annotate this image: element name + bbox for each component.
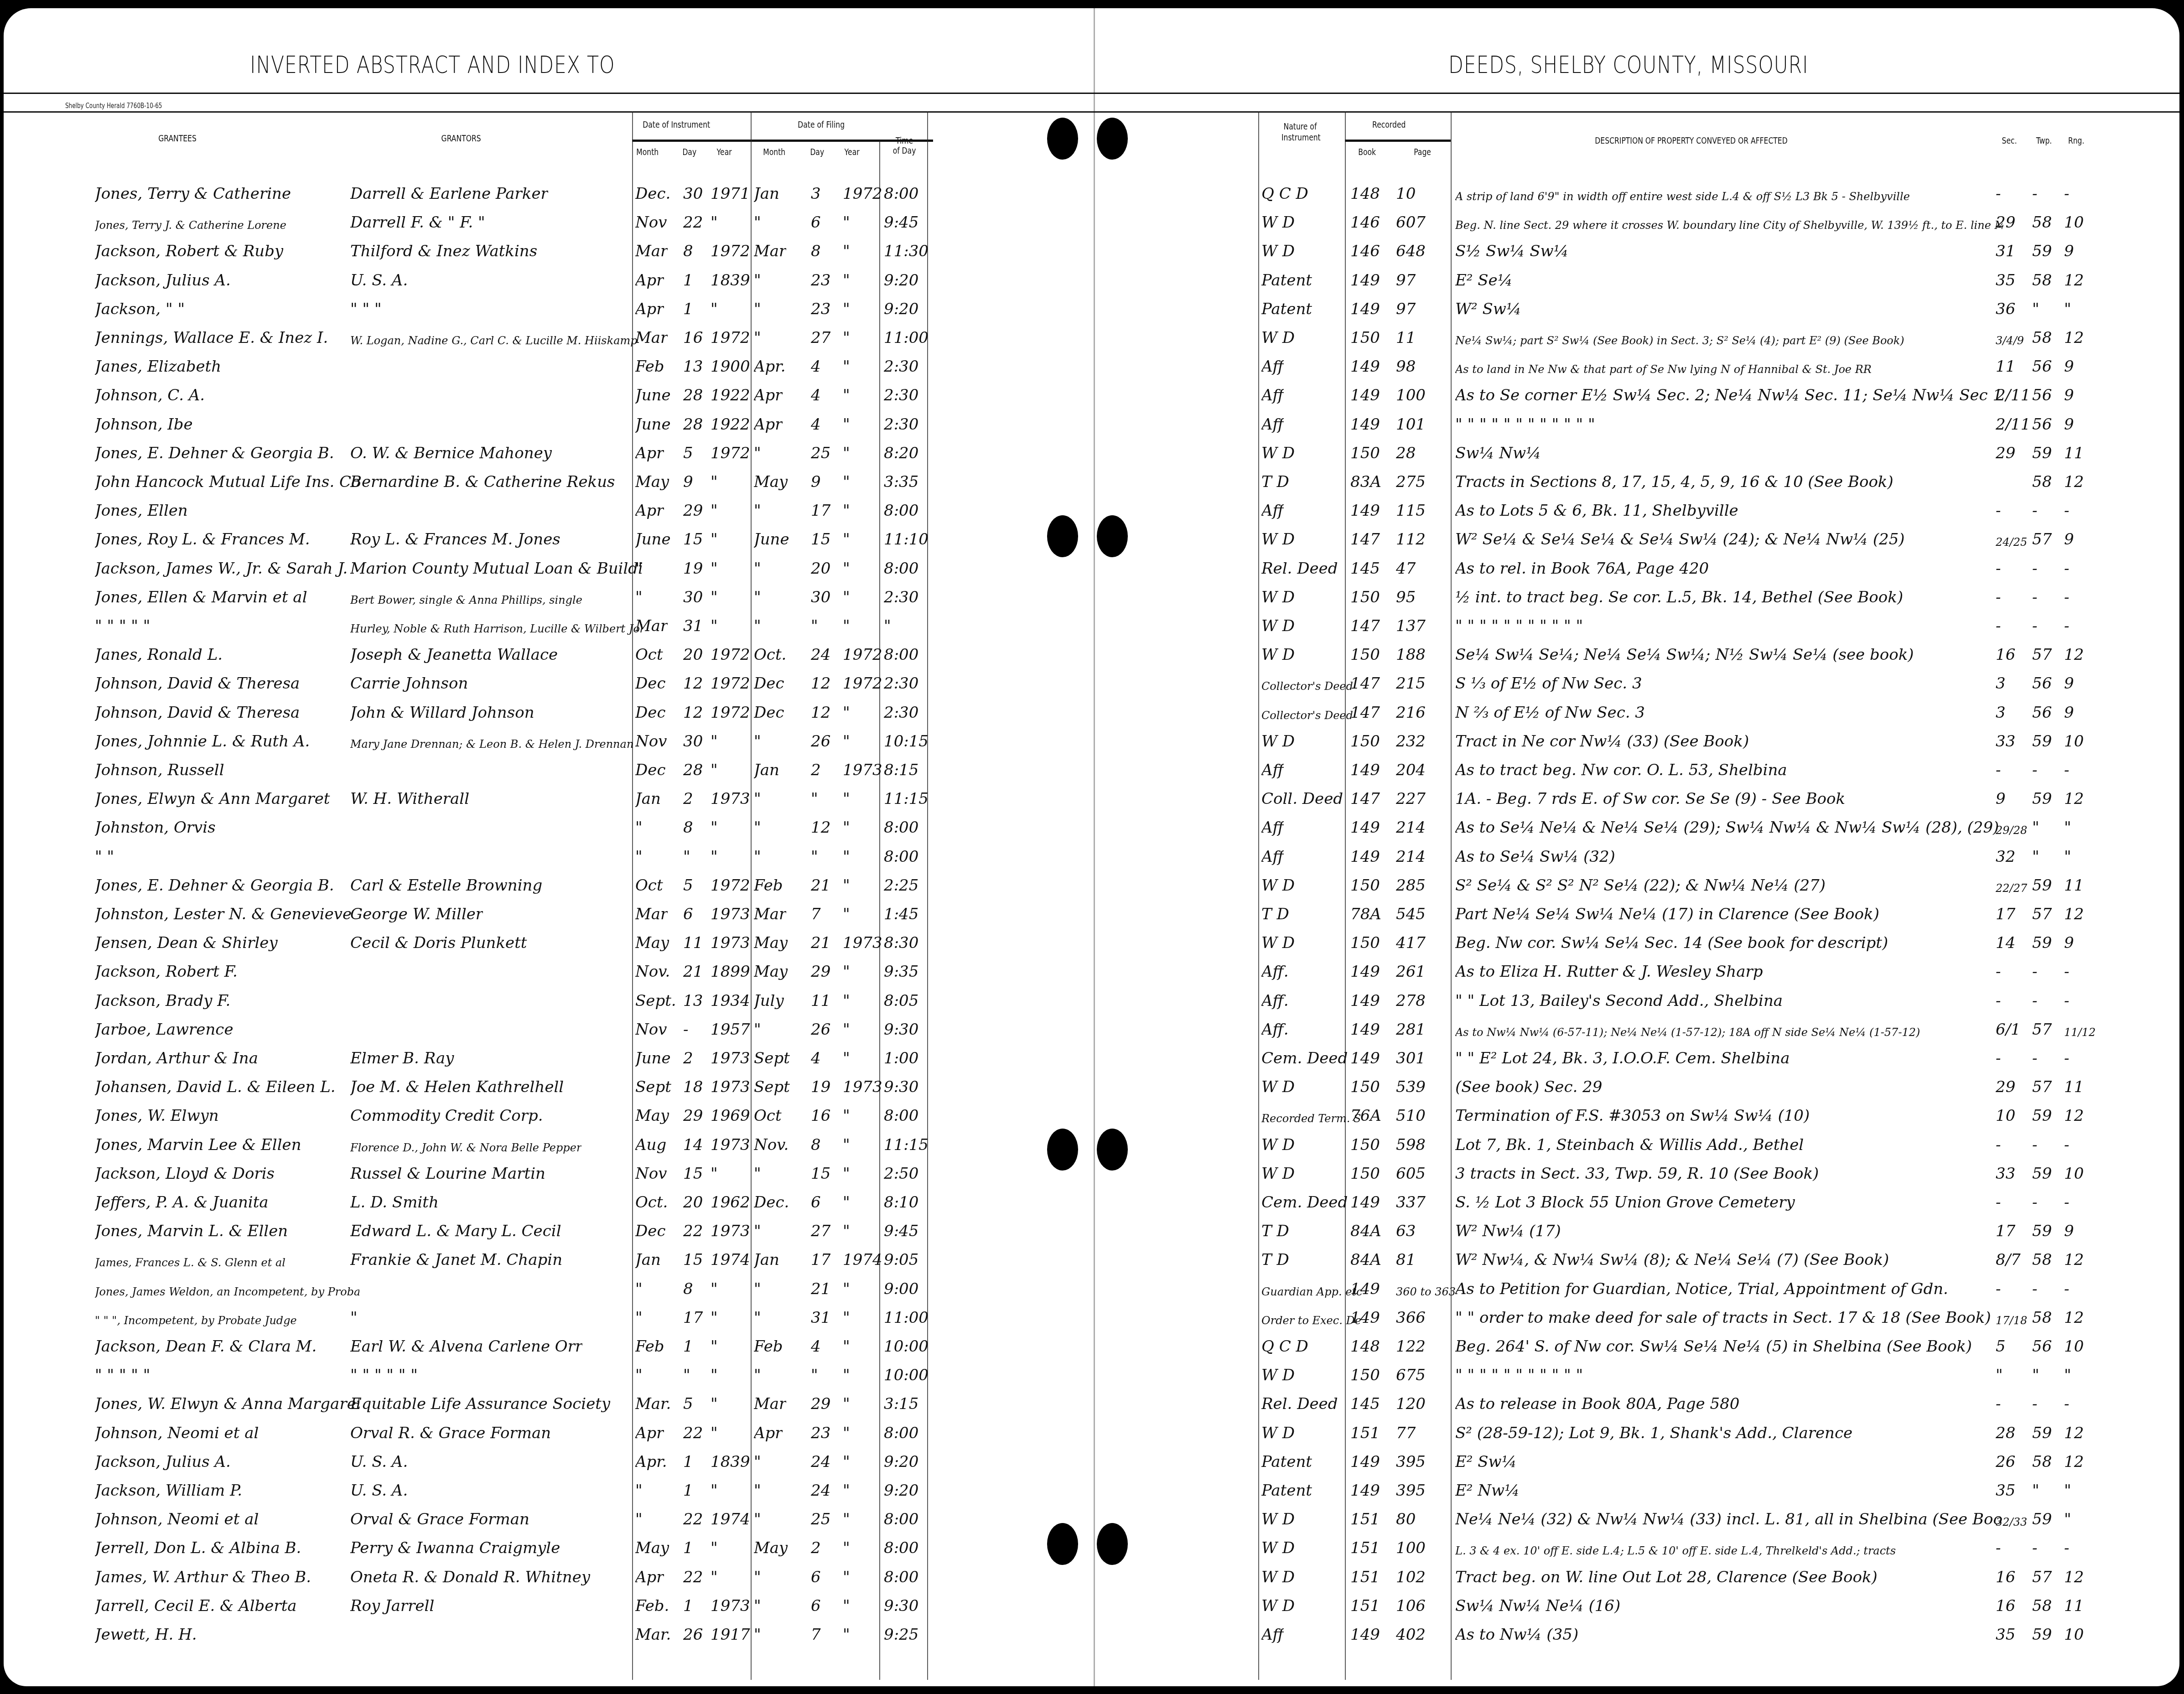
- inst-month-cell: ": [635, 819, 643, 837]
- rng-cell: 10: [2064, 1165, 2084, 1183]
- nature-cell: W D: [1261, 934, 1295, 952]
- twp-cell: 59: [2032, 242, 2052, 260]
- inst-day-cell: 13: [683, 992, 703, 1010]
- inst-month-cell: Mar: [635, 617, 668, 635]
- twp-cell: 57: [2032, 905, 2052, 923]
- inst-month-cell: Jan: [635, 790, 661, 808]
- inst-year-cell: ": [711, 1366, 718, 1384]
- inst-day-cell: 5: [683, 1395, 693, 1413]
- rng-cell: 9: [2064, 357, 2074, 376]
- inst-month-cell: Oct.: [635, 1193, 668, 1212]
- file-month-cell: ": [754, 1597, 761, 1615]
- inst-year-cell: 1973: [711, 1049, 750, 1067]
- inst-month-cell: Apr: [635, 1568, 664, 1586]
- inst-year-cell: ": [711, 588, 718, 606]
- twp-cell: -: [2032, 1136, 2038, 1154]
- file-year-cell: ": [843, 300, 850, 318]
- grantor-cell: O. W. & Bernice Mahoney: [350, 444, 552, 462]
- sec-cell: 33: [1996, 1165, 2015, 1183]
- inst-month-cell: Nov: [635, 213, 667, 232]
- inst-year-cell: ": [711, 473, 718, 491]
- sec-cell: 24/25: [1996, 536, 2027, 549]
- page-cell: 204: [1396, 761, 1426, 779]
- rng-cell: 11: [2064, 1597, 2084, 1615]
- file-month-cell: June: [754, 530, 789, 549]
- grantee-cell: Jackson, James W., Jr. & Sarah J.: [95, 559, 348, 578]
- inst-day-cell: 12: [683, 674, 703, 693]
- nature-cell: Collector's Deed: [1261, 680, 1353, 693]
- page-cell: 545: [1396, 905, 1426, 923]
- table-row: W D1506053 tracts in Sect. 33, Twp. 59, …: [1095, 1159, 2179, 1186]
- file-year-cell: ": [843, 530, 850, 549]
- inst-year-cell: 1972: [711, 704, 750, 722]
- page-cell: 607: [1396, 213, 1426, 232]
- description-cell: Beg. 264' S. of Nw cor. Sw¼ Se¼ Ne¼ (5) …: [1455, 1337, 1972, 1356]
- twp-cell: 58: [2032, 1251, 2052, 1269]
- inst-year-cell: 1957: [711, 1021, 750, 1039]
- file-year-cell: ": [843, 329, 850, 347]
- file-day-cell: 6: [811, 1193, 821, 1212]
- file-day-cell: 16: [811, 1107, 830, 1125]
- col-header-file-day: Day: [810, 147, 824, 157]
- book-cell: 149: [1350, 1482, 1380, 1500]
- inst-month-cell: June: [635, 530, 671, 549]
- table-row: Janes, Ronald L.Joseph & Jeanetta Wallac…: [4, 640, 1095, 667]
- nature-cell: W D: [1261, 1568, 1295, 1586]
- table-row: Aff149101" " " " " " " " " " " "2/11569: [1095, 410, 2179, 436]
- file-month-cell: ": [754, 1021, 761, 1039]
- file-month-cell: May: [754, 1539, 788, 1557]
- table-row: Patent149395E² Sw¼265812: [1095, 1447, 2179, 1474]
- twp-cell: 56: [2032, 386, 2052, 404]
- time-cell: 9:30: [884, 1597, 918, 1615]
- grantee-cell: Johnson, Ibe: [95, 415, 193, 434]
- description-cell: Se¼ Sw¼ Se¼; Ne¼ Se¼ Sw¼; N½ Sw¼ Se¼ (se…: [1455, 646, 1914, 664]
- rng-cell: 10: [2064, 732, 2084, 751]
- description-cell: Lot 7, Bk. 1, Steinbach & Willis Add., B…: [1455, 1136, 1804, 1154]
- rng-cell: ": [2064, 1510, 2071, 1528]
- file-year-cell: ": [843, 1597, 850, 1615]
- inst-day-cell: 22: [683, 1568, 703, 1586]
- left-page-title: INVERTED ABSTRACT AND INDEX TO: [250, 52, 615, 79]
- description-cell: Beg. Nw cor. Sw¼ Se¼ Sec. 14 (See book f…: [1455, 934, 1888, 952]
- rng-cell: -: [2064, 761, 2070, 779]
- file-month-cell: ": [754, 1165, 761, 1183]
- time-cell: 9:20: [884, 1453, 918, 1471]
- page-cell: 232: [1396, 732, 1426, 751]
- inst-day-cell: 2: [683, 790, 693, 808]
- book-cell: 149: [1350, 300, 1380, 318]
- grantee-cell: Johnson, C. A.: [95, 386, 205, 404]
- description-cell: As to Lots 5 & 6, Bk. 11, Shelbyville: [1455, 502, 1738, 520]
- nature-cell: W D: [1261, 1078, 1295, 1096]
- table-row: Johnson, David & TheresaCarrie JohnsonDe…: [4, 669, 1095, 695]
- sec-cell: -: [1996, 617, 2001, 635]
- description-cell: E² Sw¼: [1455, 1453, 1517, 1471]
- grantee-cell: Jackson, " ": [95, 300, 185, 318]
- sec-cell: -: [1996, 963, 2001, 981]
- inst-year-cell: ": [711, 213, 718, 232]
- rng-cell: 10: [2064, 1626, 2084, 1644]
- binder-hole: [1047, 1129, 1078, 1171]
- grantee-cell: Jackson, Lloyd & Doris: [95, 1165, 275, 1183]
- file-month-cell: May: [754, 473, 788, 491]
- description-cell: W² Nw¼, & Nw¼ Sw¼ (8); & Ne¼ Se¼ (7) (Se…: [1455, 1251, 1889, 1269]
- nature-cell: Cem. Deed: [1261, 1049, 1348, 1067]
- binder-hole: [1097, 1523, 1128, 1565]
- book-cell: 78A: [1350, 905, 1381, 923]
- description-cell: Part Ne¼ Se¼ Sw¼ Ne¼ (17) in Clarence (S…: [1455, 905, 1879, 923]
- rng-cell: -: [2064, 1136, 2070, 1154]
- file-year-cell: ": [843, 905, 850, 923]
- book-cell: 151: [1350, 1568, 1380, 1586]
- table-row: Jones, Roy L. & Frances M.Roy L. & Franc…: [4, 525, 1095, 551]
- inst-day-cell: 8: [683, 819, 693, 837]
- table-row: Aff.149278" " Lot 13, Bailey's Second Ad…: [1095, 986, 2179, 1013]
- page-cell: 122: [1396, 1337, 1426, 1356]
- nature-cell: W D: [1261, 444, 1295, 462]
- inst-day-cell: 30: [683, 588, 703, 606]
- inst-day-cell: 6: [683, 905, 693, 923]
- table-row: " " " " "" " " " " """""""10:00: [4, 1361, 1095, 1387]
- nature-cell: W D: [1261, 213, 1295, 232]
- rng-cell: -: [2064, 1395, 2070, 1413]
- file-year-cell: ": [843, 473, 850, 491]
- file-month-cell: May: [754, 934, 788, 952]
- nature-cell: Cem. Deed: [1261, 1193, 1348, 1212]
- file-month-cell: Dec.: [754, 1193, 789, 1212]
- nature-cell: W D: [1261, 1539, 1295, 1557]
- grantee-cell: Jones, James Weldon, an Incompetent, by …: [95, 1285, 359, 1298]
- book-cell: 84A: [1350, 1222, 1381, 1240]
- file-month-cell: Oct: [754, 1107, 782, 1125]
- inst-month-cell: Oct: [635, 646, 663, 664]
- rng-cell: ": [2064, 300, 2071, 318]
- table-row: Jarboe, LawrenceNov-1957"26"9:30: [4, 1015, 1095, 1041]
- grantor-cell: ": [350, 1309, 358, 1327]
- twp-cell: 58: [2032, 329, 2052, 347]
- table-row: Patent14997W² Sw¼36"": [1095, 295, 2179, 321]
- page-cell: 98: [1396, 357, 1416, 376]
- inst-month-cell: ": [635, 848, 643, 866]
- file-month-cell: ": [754, 1309, 761, 1327]
- inst-year-cell: 1972: [711, 242, 750, 260]
- col-header-recorded: Recorded: [1372, 120, 1406, 130]
- inst-month-cell: Mar.: [635, 1395, 671, 1413]
- book-cell: 151: [1350, 1597, 1380, 1615]
- grantee-cell: Johnston, Orvis: [95, 819, 216, 837]
- description-cell: S² (28-59-12); Lot 9, Bk. 1, Shank's Add…: [1455, 1424, 1852, 1442]
- file-year-cell: ": [843, 704, 850, 722]
- page-cell: 214: [1396, 848, 1426, 866]
- rng-cell: 11: [2064, 1078, 2084, 1096]
- grantor-cell: L. D. Smith: [350, 1193, 439, 1212]
- sec-cell: 14: [1996, 934, 2015, 952]
- time-cell: 8:00: [884, 1424, 918, 1442]
- file-month-cell: Dec: [754, 704, 784, 722]
- sec-cell: 35: [1996, 1626, 2015, 1644]
- file-day-cell: 21: [811, 876, 830, 895]
- sec-cell: 17: [1996, 1222, 2015, 1240]
- nature-cell: Patent: [1261, 300, 1312, 318]
- book-cell: 150: [1350, 1136, 1380, 1154]
- rng-cell: ": [2064, 1482, 2071, 1500]
- sec-cell: 9: [1996, 790, 2006, 808]
- file-month-cell: ": [754, 1482, 761, 1500]
- page-cell: 63: [1396, 1222, 1416, 1240]
- grantor-cell: Florence D., John W. & Nora Belle Pepper: [350, 1141, 581, 1154]
- nature-cell: Aff: [1261, 1626, 1284, 1644]
- file-month-cell: ": [754, 1453, 761, 1471]
- book-cell: 146: [1350, 242, 1380, 260]
- nature-cell: T D: [1261, 1251, 1289, 1269]
- grantee-cell: Jones, Elwyn & Ann Margaret: [95, 790, 330, 808]
- nature-cell: Aff.: [1261, 1021, 1288, 1039]
- nature-cell: W D: [1261, 617, 1295, 635]
- inst-month-cell: Oct: [635, 876, 663, 895]
- twp-cell: 58: [2032, 213, 2052, 232]
- description-cell: S½ Sw¼ Sw¼: [1455, 242, 1569, 260]
- file-year-cell: ": [843, 502, 850, 520]
- grantor-cell: John & Willard Johnson: [350, 704, 534, 722]
- page-cell: 120: [1396, 1395, 1426, 1413]
- file-year-cell: ": [843, 1165, 850, 1183]
- table-row: Jarrell, Cecil E. & AlbertaRoy JarrellFe…: [4, 1591, 1095, 1618]
- table-row: W D150675" " " " " " " " " " """": [1095, 1361, 2179, 1387]
- time-cell: 8:00: [884, 1510, 918, 1528]
- file-day-cell: 9: [811, 473, 821, 491]
- col-header-twp: Twp.: [2036, 136, 2052, 146]
- nature-cell: W D: [1261, 1165, 1295, 1183]
- col-header-inst-year: Year: [717, 147, 732, 157]
- inst-day-cell: 8: [683, 242, 693, 260]
- time-cell: 9:05: [884, 1251, 918, 1269]
- rng-cell: 11: [2064, 876, 2084, 895]
- rng-cell: 9: [2064, 242, 2074, 260]
- inst-day-cell: 30: [683, 185, 703, 203]
- file-day-cell: 4: [811, 1049, 821, 1067]
- grantee-cell: Jones, Marvin L. & Ellen: [95, 1222, 288, 1240]
- grantee-cell: Jeffers, P. A. & Juanita: [95, 1193, 269, 1212]
- nature-cell: Patent: [1261, 271, 1312, 290]
- twp-cell: -: [2032, 502, 2038, 520]
- time-cell: 8:00: [884, 185, 918, 203]
- nature-cell: Coll. Deed: [1261, 790, 1343, 808]
- sec-cell: 3: [1996, 674, 2006, 693]
- twp-cell: -: [2032, 761, 2038, 779]
- twp-cell: -: [2032, 992, 2038, 1010]
- sec-cell: 17: [1996, 905, 2015, 923]
- grantee-cell: Johnson, Neomi et al: [95, 1510, 259, 1528]
- inst-year-cell: 1972: [711, 876, 750, 895]
- sec-cell: 16: [1996, 1568, 2015, 1586]
- rng-cell: 12: [2064, 790, 2084, 808]
- description-cell: Tract in Ne cor Nw¼ (33) (See Book): [1455, 732, 1749, 751]
- file-year-cell: ": [843, 1136, 850, 1154]
- nature-cell: Collector's Deed: [1261, 709, 1353, 722]
- grantee-cell: " " " " ": [95, 1366, 150, 1384]
- header-subrule: [632, 140, 933, 142]
- table-row: Guardian App. etc149360 to 363As to Peti…: [1095, 1274, 2179, 1301]
- twp-cell: 59: [2032, 790, 2052, 808]
- book-cell: 149: [1350, 1021, 1380, 1039]
- inst-month-cell: ": [635, 559, 643, 578]
- time-cell: 9:35: [884, 963, 918, 981]
- file-day-cell: 24: [811, 1453, 830, 1471]
- inst-year-cell: 1839: [711, 1453, 750, 1471]
- page-cell: 402: [1396, 1626, 1426, 1644]
- file-year-cell: 1972: [843, 185, 882, 203]
- file-month-cell: Jan: [754, 761, 779, 779]
- rng-cell: 12: [2064, 473, 2084, 491]
- file-day-cell: 24: [811, 1482, 830, 1500]
- inst-year-cell: ": [711, 502, 718, 520]
- table-row: Collector's Deed147215S ⅓ of E½ of Nw Se…: [1095, 669, 2179, 695]
- book-cell: 149: [1350, 1453, 1380, 1471]
- description-cell: As to Se corner E½ Sw¼ Sec. 2; Ne¼ Nw¼ S…: [1455, 386, 2002, 404]
- file-day-cell: 4: [811, 386, 821, 404]
- col-header-file-month: Month: [763, 147, 785, 157]
- description-cell: W² Sw¼: [1455, 300, 1521, 318]
- table-row: Jones, Johnnie L. & Ruth A.Mary Jane Dre…: [4, 727, 1095, 753]
- file-year-cell: 1973: [843, 761, 882, 779]
- table-row: Jackson, Julius A.U. S. A.Apr.11839"24"9…: [4, 1447, 1095, 1474]
- table-row: Order to Exec. Deed149366" " order to ma…: [1095, 1303, 2179, 1330]
- twp-cell: -: [2032, 963, 2038, 981]
- file-year-cell: ": [843, 415, 850, 434]
- book-cell: 147: [1350, 790, 1380, 808]
- grantee-cell: Jones, Ellen: [95, 502, 188, 520]
- table-row: Q C D148122Beg. 264' S. of Nw cor. Sw¼ S…: [1095, 1332, 2179, 1358]
- file-month-cell: Jan: [754, 1251, 779, 1269]
- table-row: Jones, Terry J. & Catherine LoreneDarrel…: [4, 208, 1095, 234]
- table-row: Jones, W. ElwynCommodity Credit Corp.May…: [4, 1101, 1095, 1128]
- file-year-cell: ": [843, 790, 850, 808]
- rng-cell: 9: [2064, 934, 2074, 952]
- inst-year-cell: 1973: [711, 905, 750, 923]
- twp-cell: 56: [2032, 1337, 2052, 1356]
- inst-day-cell: ": [683, 848, 690, 866]
- table-row: Recorded Term. State.76A510Termination o…: [1095, 1101, 2179, 1128]
- page-cell: 215: [1396, 674, 1426, 693]
- twp-cell: 57: [2032, 646, 2052, 664]
- page-cell: 539: [1396, 1078, 1426, 1096]
- table-row: W D15095½ int. to tract beg. Se cor. L.5…: [1095, 583, 2179, 609]
- page-cell: 97: [1396, 271, 1416, 290]
- grantee-cell: Jackson, William P.: [95, 1482, 242, 1500]
- table-row: W D147137" " " " " " " " " " "---: [1095, 611, 2179, 638]
- grantor-cell: Carl & Estelle Browning: [350, 876, 542, 895]
- inst-day-cell: 14: [683, 1136, 703, 1154]
- inst-month-cell: Apr: [635, 1424, 664, 1442]
- inst-day-cell: 26: [683, 1626, 703, 1644]
- time-cell: 10:00: [884, 1366, 929, 1384]
- twp-cell: ": [2032, 1366, 2039, 1384]
- description-cell: As to rel. in Book 76A, Page 420: [1455, 559, 1709, 578]
- rng-cell: 12: [2064, 1309, 2084, 1327]
- table-row: Jackson, James W., Jr. & Sarah J.Marion …: [4, 554, 1095, 580]
- twp-cell: 59: [2032, 444, 2052, 462]
- twp-cell: 56: [2032, 704, 2052, 722]
- file-day-cell: 30: [811, 588, 830, 606]
- sec-cell: 16: [1996, 1597, 2015, 1615]
- file-year-cell: ": [843, 992, 850, 1010]
- file-day-cell: ": [811, 790, 818, 808]
- col-header-page: Page: [1414, 147, 1431, 157]
- inst-month-cell: Feb: [635, 1337, 664, 1356]
- sec-cell: -: [1996, 559, 2001, 578]
- table-row: W D147112W² Se¼ & Se¼ Se¼ & Se¼ Sw¼ (24)…: [1095, 525, 2179, 551]
- inst-day-cell: 1: [683, 1539, 693, 1557]
- time-cell: 8:05: [884, 992, 918, 1010]
- book-cell: 149: [1350, 819, 1380, 837]
- rng-cell: 9: [2064, 530, 2074, 549]
- grantee-cell: Johansen, David L. & Eileen L.: [95, 1078, 336, 1096]
- twp-cell: 58: [2032, 1453, 2052, 1471]
- file-year-cell: 1973: [843, 934, 882, 952]
- sec-cell: 8/7: [1996, 1251, 2021, 1269]
- page-cell: 100: [1396, 386, 1426, 404]
- table-row: Johnson, IbeJune281922Apr4"2:30: [4, 410, 1095, 436]
- nature-cell: Rel. Deed: [1261, 559, 1338, 578]
- book-cell: 150: [1350, 1366, 1380, 1384]
- file-day-cell: 6: [811, 213, 821, 232]
- file-month-cell: Sept: [754, 1049, 790, 1067]
- inst-month-cell: Sept.: [635, 992, 676, 1010]
- page-cell: 366: [1396, 1309, 1426, 1327]
- nature-cell: Patent: [1261, 1453, 1312, 1471]
- file-year-cell: ": [843, 1222, 850, 1240]
- book-cell: 146: [1350, 213, 1380, 232]
- inst-month-cell: Feb.: [635, 1597, 669, 1615]
- inst-year-cell: ": [711, 300, 718, 318]
- rng-cell: ": [2064, 848, 2071, 866]
- file-year-cell: ": [843, 819, 850, 837]
- table-row: Johnson, Neomi et alOrval R. & Grace For…: [4, 1419, 1095, 1445]
- inst-month-cell: Mar: [635, 242, 668, 260]
- time-cell: 9:45: [884, 213, 918, 232]
- description-cell: L. 3 & 4 ex. 10' off E. side L.4; L.5 & …: [1455, 1544, 1896, 1557]
- col-header-grantors: GRANTORS: [441, 134, 481, 144]
- inst-year-cell: ": [711, 732, 718, 751]
- page-cell: 77: [1396, 1424, 1416, 1442]
- table-row: Q C D14810A strip of land 6'9" in width …: [1095, 179, 2179, 206]
- time-cell: 10:15: [884, 732, 929, 751]
- table-row: Jones, James Weldon, an Incompetent, by …: [4, 1274, 1095, 1301]
- inst-month-cell: May: [635, 473, 669, 491]
- inst-day-cell: ": [683, 1366, 690, 1384]
- page-gutter: [1094, 8, 1095, 1686]
- inst-month-cell: Apr: [635, 444, 664, 462]
- inst-month-cell: Nov: [635, 1021, 667, 1039]
- grantee-cell: Jones, Terry J. & Catherine Lorene: [95, 219, 286, 232]
- file-year-cell: ": [843, 1107, 850, 1125]
- grantee-cell: Jones, Terry & Catherine: [95, 185, 291, 203]
- nature-cell: W D: [1261, 876, 1295, 895]
- file-day-cell: 2: [811, 1539, 821, 1557]
- file-day-cell: 20: [811, 559, 830, 578]
- description-cell: As to Se¼ Sw¼ (32): [1455, 848, 1615, 866]
- file-month-cell: July: [754, 992, 784, 1010]
- file-year-cell: 1972: [843, 646, 882, 664]
- time-cell: 8:10: [884, 1193, 918, 1212]
- grantee-cell: Janes, Elizabeth: [95, 357, 221, 376]
- sec-cell: 10: [1996, 1107, 2015, 1125]
- inst-year-cell: ": [711, 1309, 718, 1327]
- nature-cell: Aff: [1261, 502, 1284, 520]
- table-row: W D15011Ne¼ Sw¼; part S² Sw¼ (See Book) …: [1095, 323, 2179, 350]
- grantee-cell: Jensen, Dean & Shirley: [95, 934, 278, 952]
